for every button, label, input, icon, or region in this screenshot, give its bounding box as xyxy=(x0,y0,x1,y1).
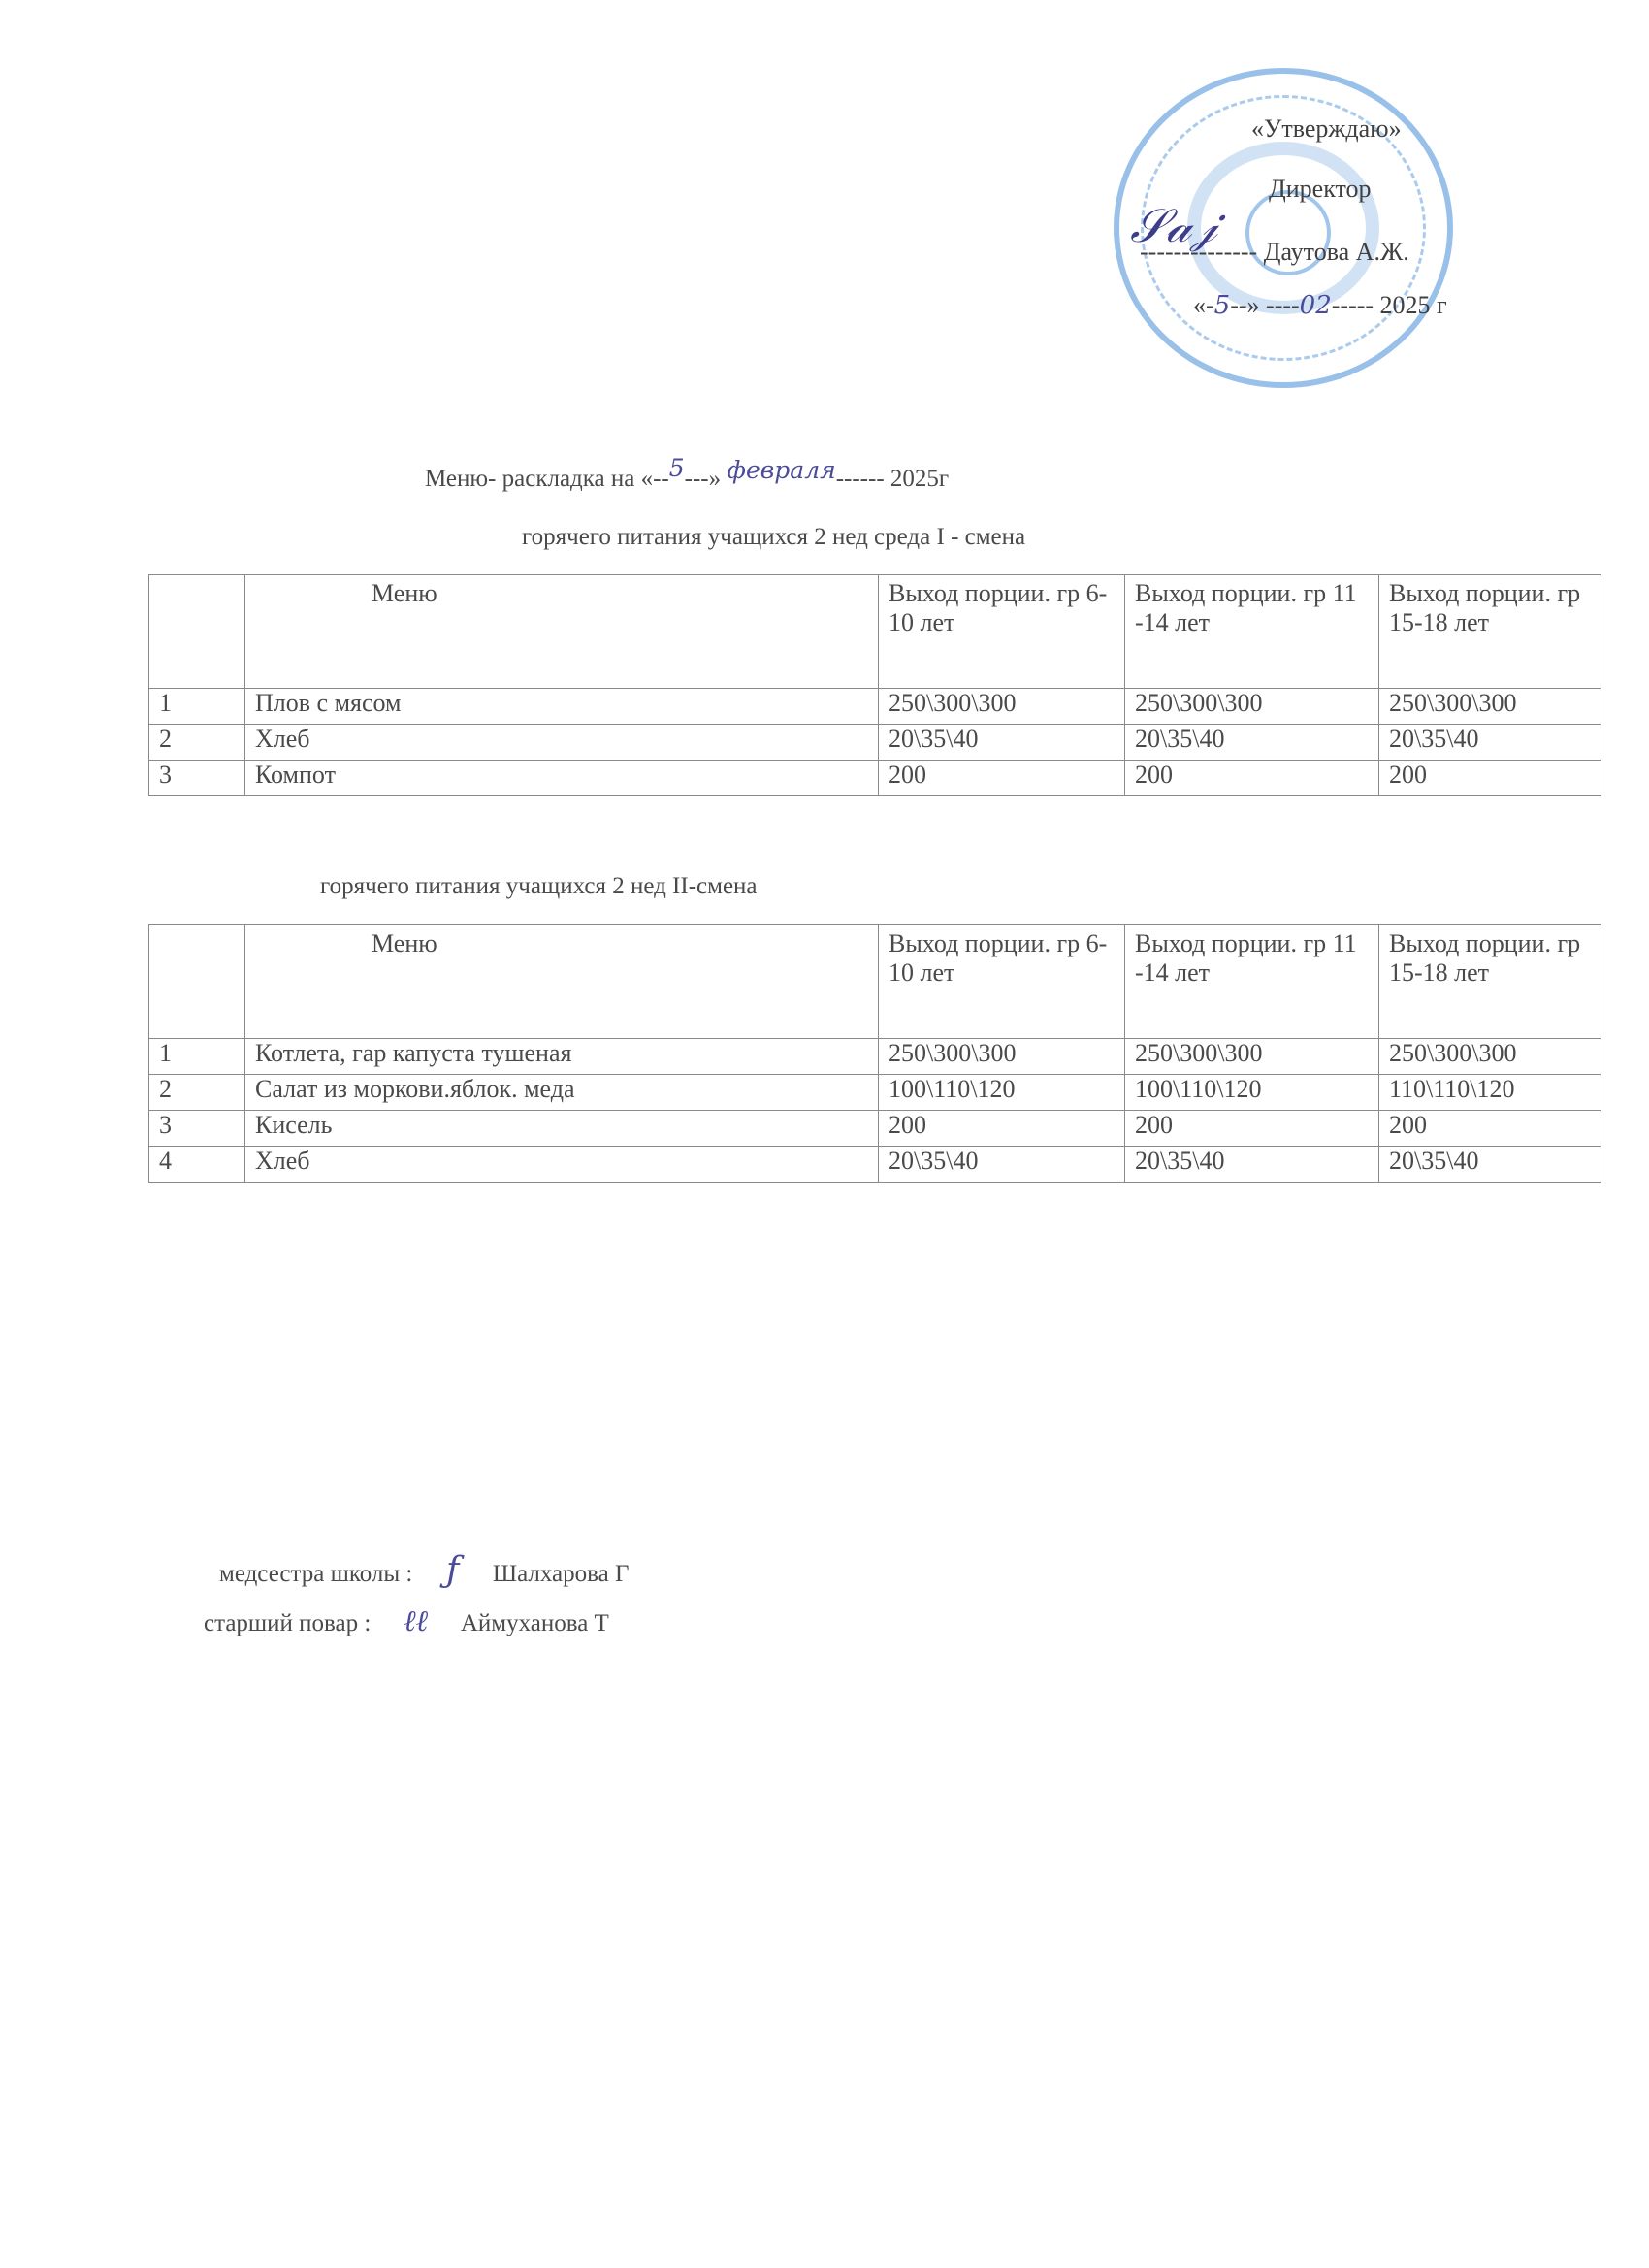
header-age-11-14: Выход порции. гр 11 -14 лет xyxy=(1125,575,1379,689)
row-g3: 250\300\300 xyxy=(1379,1039,1601,1075)
approve-label: «Утверждаю» xyxy=(1251,114,1402,144)
date-month: 02 xyxy=(1300,291,1332,320)
approval-date: «-5--» ----02----- 2025 г xyxy=(1193,291,1447,320)
row-g1: 200 xyxy=(879,761,1125,796)
cook-name: Аймуханова Т xyxy=(461,1610,609,1636)
row-dish: Салат из моркови.яблок. меда xyxy=(245,1075,879,1111)
table-row: 4 Хлеб 20\35\40 20\35\40 20\35\40 xyxy=(149,1147,1601,1183)
header-age-6-10: Выход порции. гр 6-10 лет xyxy=(879,575,1125,689)
row-num: 4 xyxy=(149,1147,245,1183)
row-g1: 250\300\300 xyxy=(879,1039,1125,1075)
row-dish: Плов с мясом xyxy=(245,689,879,725)
row-num: 1 xyxy=(149,689,245,725)
page-title: Меню- раскладка на «--5---» февраля-----… xyxy=(425,464,949,493)
row-g3: 20\35\40 xyxy=(1379,1147,1601,1183)
table-row: 3 Компот 200 200 200 xyxy=(149,761,1601,796)
row-num: 1 xyxy=(149,1039,245,1075)
row-g3: 200 xyxy=(1379,1111,1601,1147)
row-dish: Хлеб xyxy=(245,725,879,761)
header-num xyxy=(149,575,245,689)
row-num: 2 xyxy=(149,1075,245,1111)
table-row: 1 Плов с мясом 250\300\300 250\300\300 2… xyxy=(149,689,1601,725)
director-position: Директор xyxy=(1269,175,1372,204)
row-g2: 200 xyxy=(1125,761,1379,796)
table-header-row: Меню Выход порции. гр 6-10 лет Выход пор… xyxy=(149,925,1601,1039)
date-mid: --» ---- xyxy=(1230,291,1299,319)
row-g2: 250\300\300 xyxy=(1125,1039,1379,1075)
header-age-15-18: Выход порции. гр 15-18 лет xyxy=(1379,575,1601,689)
table-row: 2 Салат из моркови.яблок. меда 100\110\1… xyxy=(149,1075,1601,1111)
row-g1: 200 xyxy=(879,1111,1125,1147)
row-dish: Котлета, гар капуста тушеная xyxy=(245,1039,879,1075)
date-day: 5 xyxy=(1214,291,1231,320)
header-num xyxy=(149,925,245,1039)
nurse-name: Шалхарова Г xyxy=(493,1561,630,1587)
header-age-11-14: Выход порции. гр 11 -14 лет xyxy=(1125,925,1379,1039)
row-dish: Кисель xyxy=(245,1111,879,1147)
date-prefix: «- xyxy=(1193,291,1214,319)
title-month: февраля xyxy=(727,456,835,484)
row-g3: 110\110\120 xyxy=(1379,1075,1601,1111)
header-menu: Меню xyxy=(245,925,879,1039)
table-row: 2 Хлеб 20\35\40 20\35\40 20\35\40 xyxy=(149,725,1601,761)
row-g2: 100\110\120 xyxy=(1125,1075,1379,1111)
header-age-15-18: Выход порции. гр 15-18 лет xyxy=(1379,925,1601,1039)
row-g1: 20\35\40 xyxy=(879,1147,1125,1183)
row-g1: 20\35\40 xyxy=(879,725,1125,761)
title-prefix: Меню- раскладка на «-- xyxy=(425,466,669,492)
table-row: 1 Котлета, гар капуста тушеная 250\300\3… xyxy=(149,1039,1601,1075)
row-g2: 20\35\40 xyxy=(1125,725,1379,761)
row-g2: 200 xyxy=(1125,1111,1379,1147)
row-num: 3 xyxy=(149,1111,245,1147)
row-g3: 20\35\40 xyxy=(1379,725,1601,761)
nurse-role: медсестра школы : xyxy=(219,1561,412,1587)
row-dish: Компот xyxy=(245,761,879,796)
cook-signature-row: старший повар : ℓℓ Аймуханова Т xyxy=(204,1604,609,1638)
row-num: 3 xyxy=(149,761,245,796)
table-row: 3 Кисель 200 200 200 xyxy=(149,1111,1601,1147)
director-signature-line: -------------- Даутова А.Ж. xyxy=(1140,238,1409,267)
date-suffix: ----- 2025 г xyxy=(1332,291,1447,319)
cook-signature-mark: ℓℓ xyxy=(377,1604,455,1638)
menu-table-shift2: Меню Выход порции. гр 6-10 лет Выход пор… xyxy=(148,924,1601,1183)
row-dish: Хлеб xyxy=(245,1147,879,1183)
header-age-6-10: Выход порции. гр 6-10 лет xyxy=(879,925,1125,1039)
header-menu: Меню xyxy=(245,575,879,689)
nurse-signature-mark: ƒ xyxy=(419,1550,487,1590)
nurse-signature-row: медсестра школы : ƒ Шалхарова Г xyxy=(219,1550,629,1590)
section1-subtitle: горячего питания учащихся 2 нед среда I … xyxy=(522,524,1025,551)
row-g2: 20\35\40 xyxy=(1125,1147,1379,1183)
row-g3: 200 xyxy=(1379,761,1601,796)
section2-subtitle: горячего питания учащихся 2 нед II-смена xyxy=(320,873,758,900)
table-header-row: Меню Выход порции. гр 6-10 лет Выход пор… xyxy=(149,575,1601,689)
title-middle: ---» xyxy=(685,466,727,492)
title-suffix: ------ 2025г xyxy=(836,466,949,492)
row-g3: 250\300\300 xyxy=(1379,689,1601,725)
title-day: 5 xyxy=(669,454,685,482)
row-g1: 250\300\300 xyxy=(879,689,1125,725)
cook-role: старший повар : xyxy=(204,1610,371,1636)
menu-table-shift1: Меню Выход порции. гр 6-10 лет Выход пор… xyxy=(148,574,1601,796)
row-g1: 100\110\120 xyxy=(879,1075,1125,1111)
row-num: 2 xyxy=(149,725,245,761)
row-g2: 250\300\300 xyxy=(1125,689,1379,725)
